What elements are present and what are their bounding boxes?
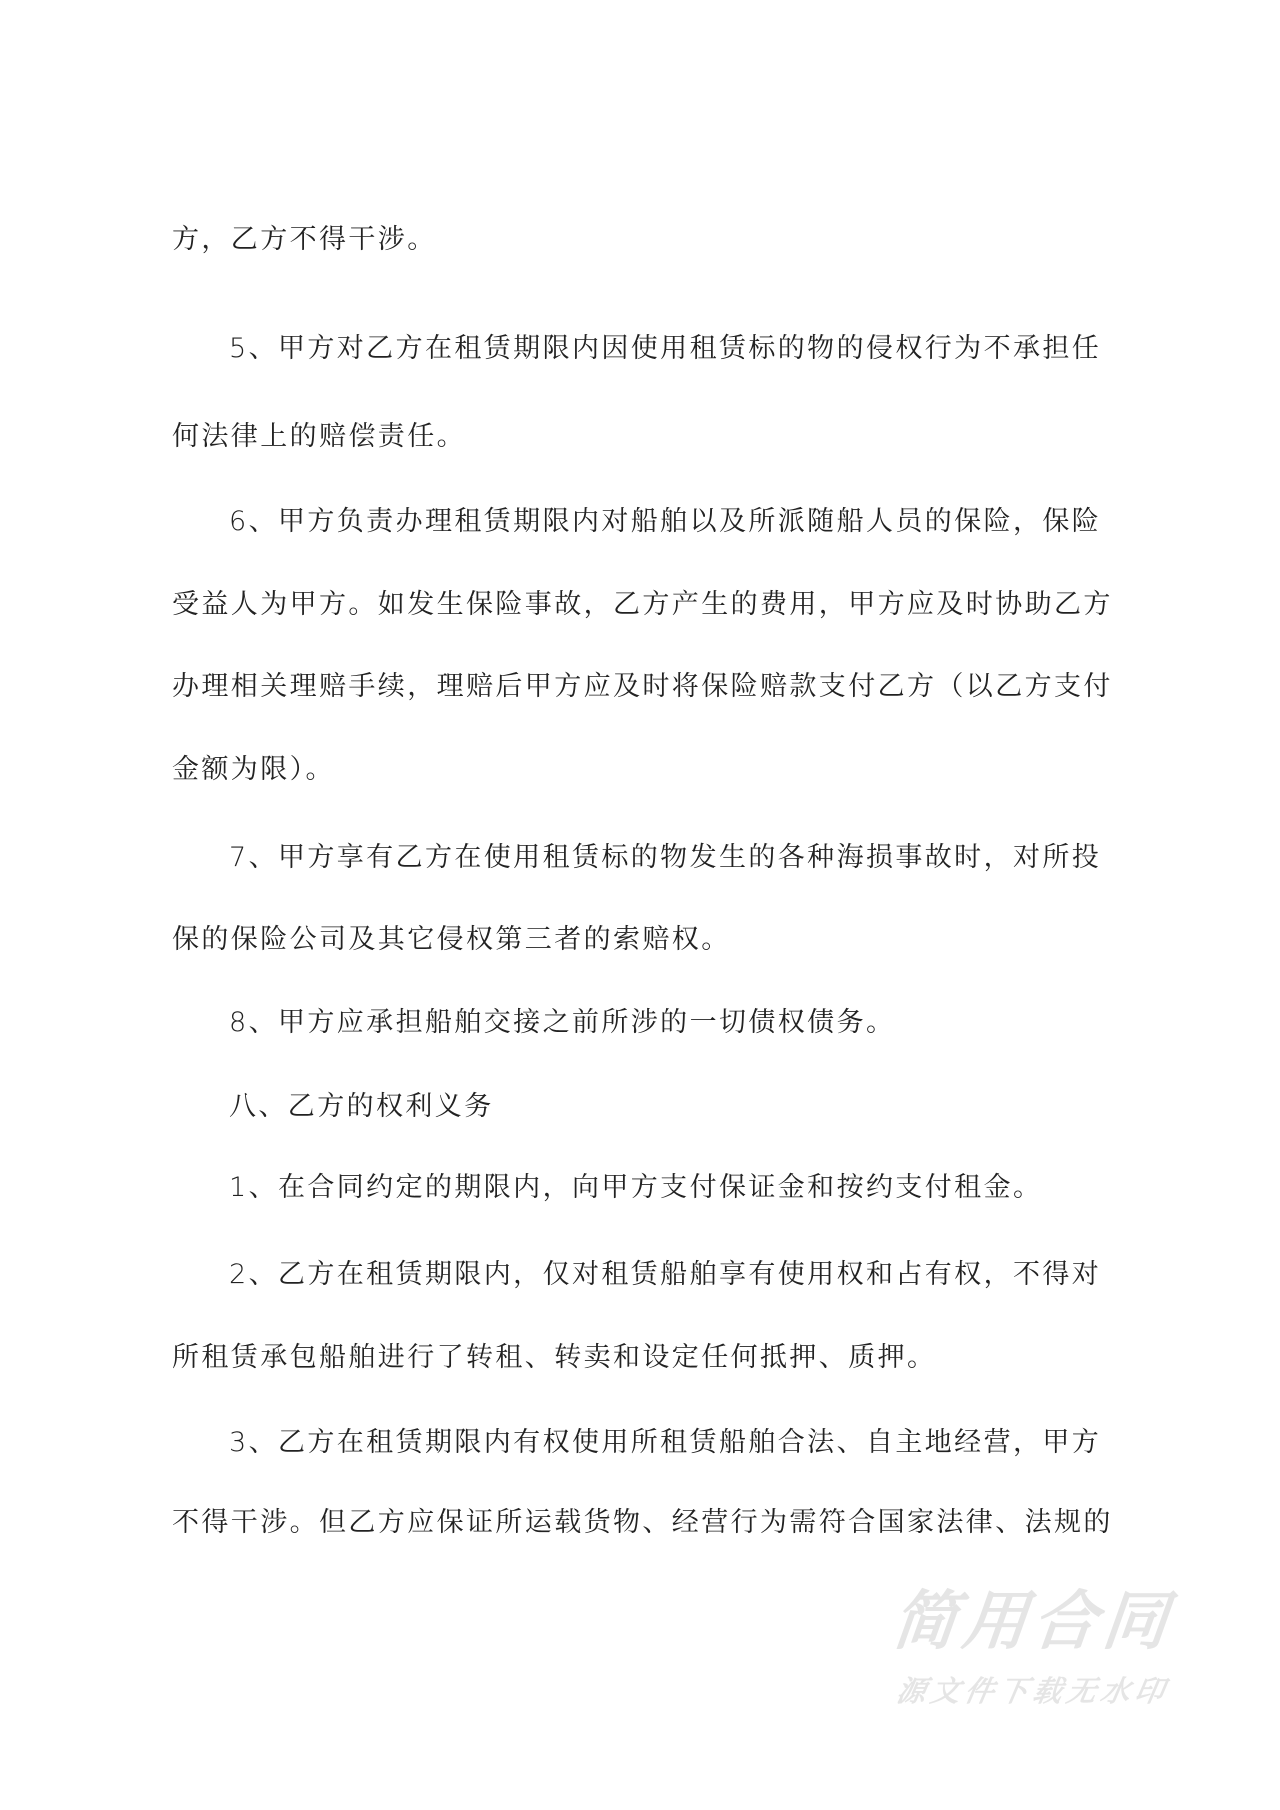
- clause-5-line: 5、甲方对乙方在租赁期限内因使用租赁标的物的侵权行为不承担任: [229, 329, 1189, 369]
- text-line: 何法律上的赔偿责任。: [172, 417, 1132, 457]
- clause-7-line: 7、甲方享有乙方在使用租赁标的物发生的各种海损事故时，对所投: [229, 838, 1189, 878]
- document-page: 方，乙方不得干涉。 5、甲方对乙方在租赁期限内因使用租赁标的物的侵权行为不承担任…: [0, 0, 1280, 1810]
- text-line: 不得干涉。但乙方应保证所运载货物、经营行为需符合国家法律、法规的: [172, 1503, 1132, 1543]
- text-line: 保的保险公司及其它侵权第三者的索赔权。: [172, 920, 1132, 960]
- text-line: 金额为限）。: [172, 750, 1132, 790]
- text-line: 受益人为甲方。如发生保险事故，乙方产生的费用，甲方应及时协助乙方: [172, 585, 1132, 625]
- clause-2-line: 2、乙方在租赁期限内，仅对租赁船舶享有使用权和占有权，不得对: [229, 1255, 1189, 1295]
- clause-1-line: 1、在合同约定的期限内，向甲方支付保证金和按约支付租金。: [229, 1168, 1189, 1208]
- clause-8-line: 8、甲方应承担船舶交接之前所涉的一切债权债务。: [229, 1003, 1189, 1043]
- watermark-subtitle: 源文件下载无水印: [883, 1676, 1182, 1706]
- text-line: 所租赁承包船舶进行了转租、转卖和设定任何抵押、质押。: [172, 1338, 1132, 1378]
- clause-3-line: 3、乙方在租赁期限内有权使用所租赁船舶合法、自主地经营，甲方: [229, 1423, 1189, 1463]
- clause-6-line: 6、甲方负责办理租赁期限内对船舶以及所派随船人员的保险，保险: [229, 502, 1189, 542]
- watermark-title: 简用合同: [882, 1588, 1183, 1656]
- section-heading: 八、乙方的权利义务: [229, 1087, 1189, 1127]
- text-line: 办理相关理赔手续，理赔后甲方应及时将保险赔款支付乙方（以乙方支付: [172, 667, 1132, 707]
- text-line: 方，乙方不得干涉。: [172, 220, 1132, 260]
